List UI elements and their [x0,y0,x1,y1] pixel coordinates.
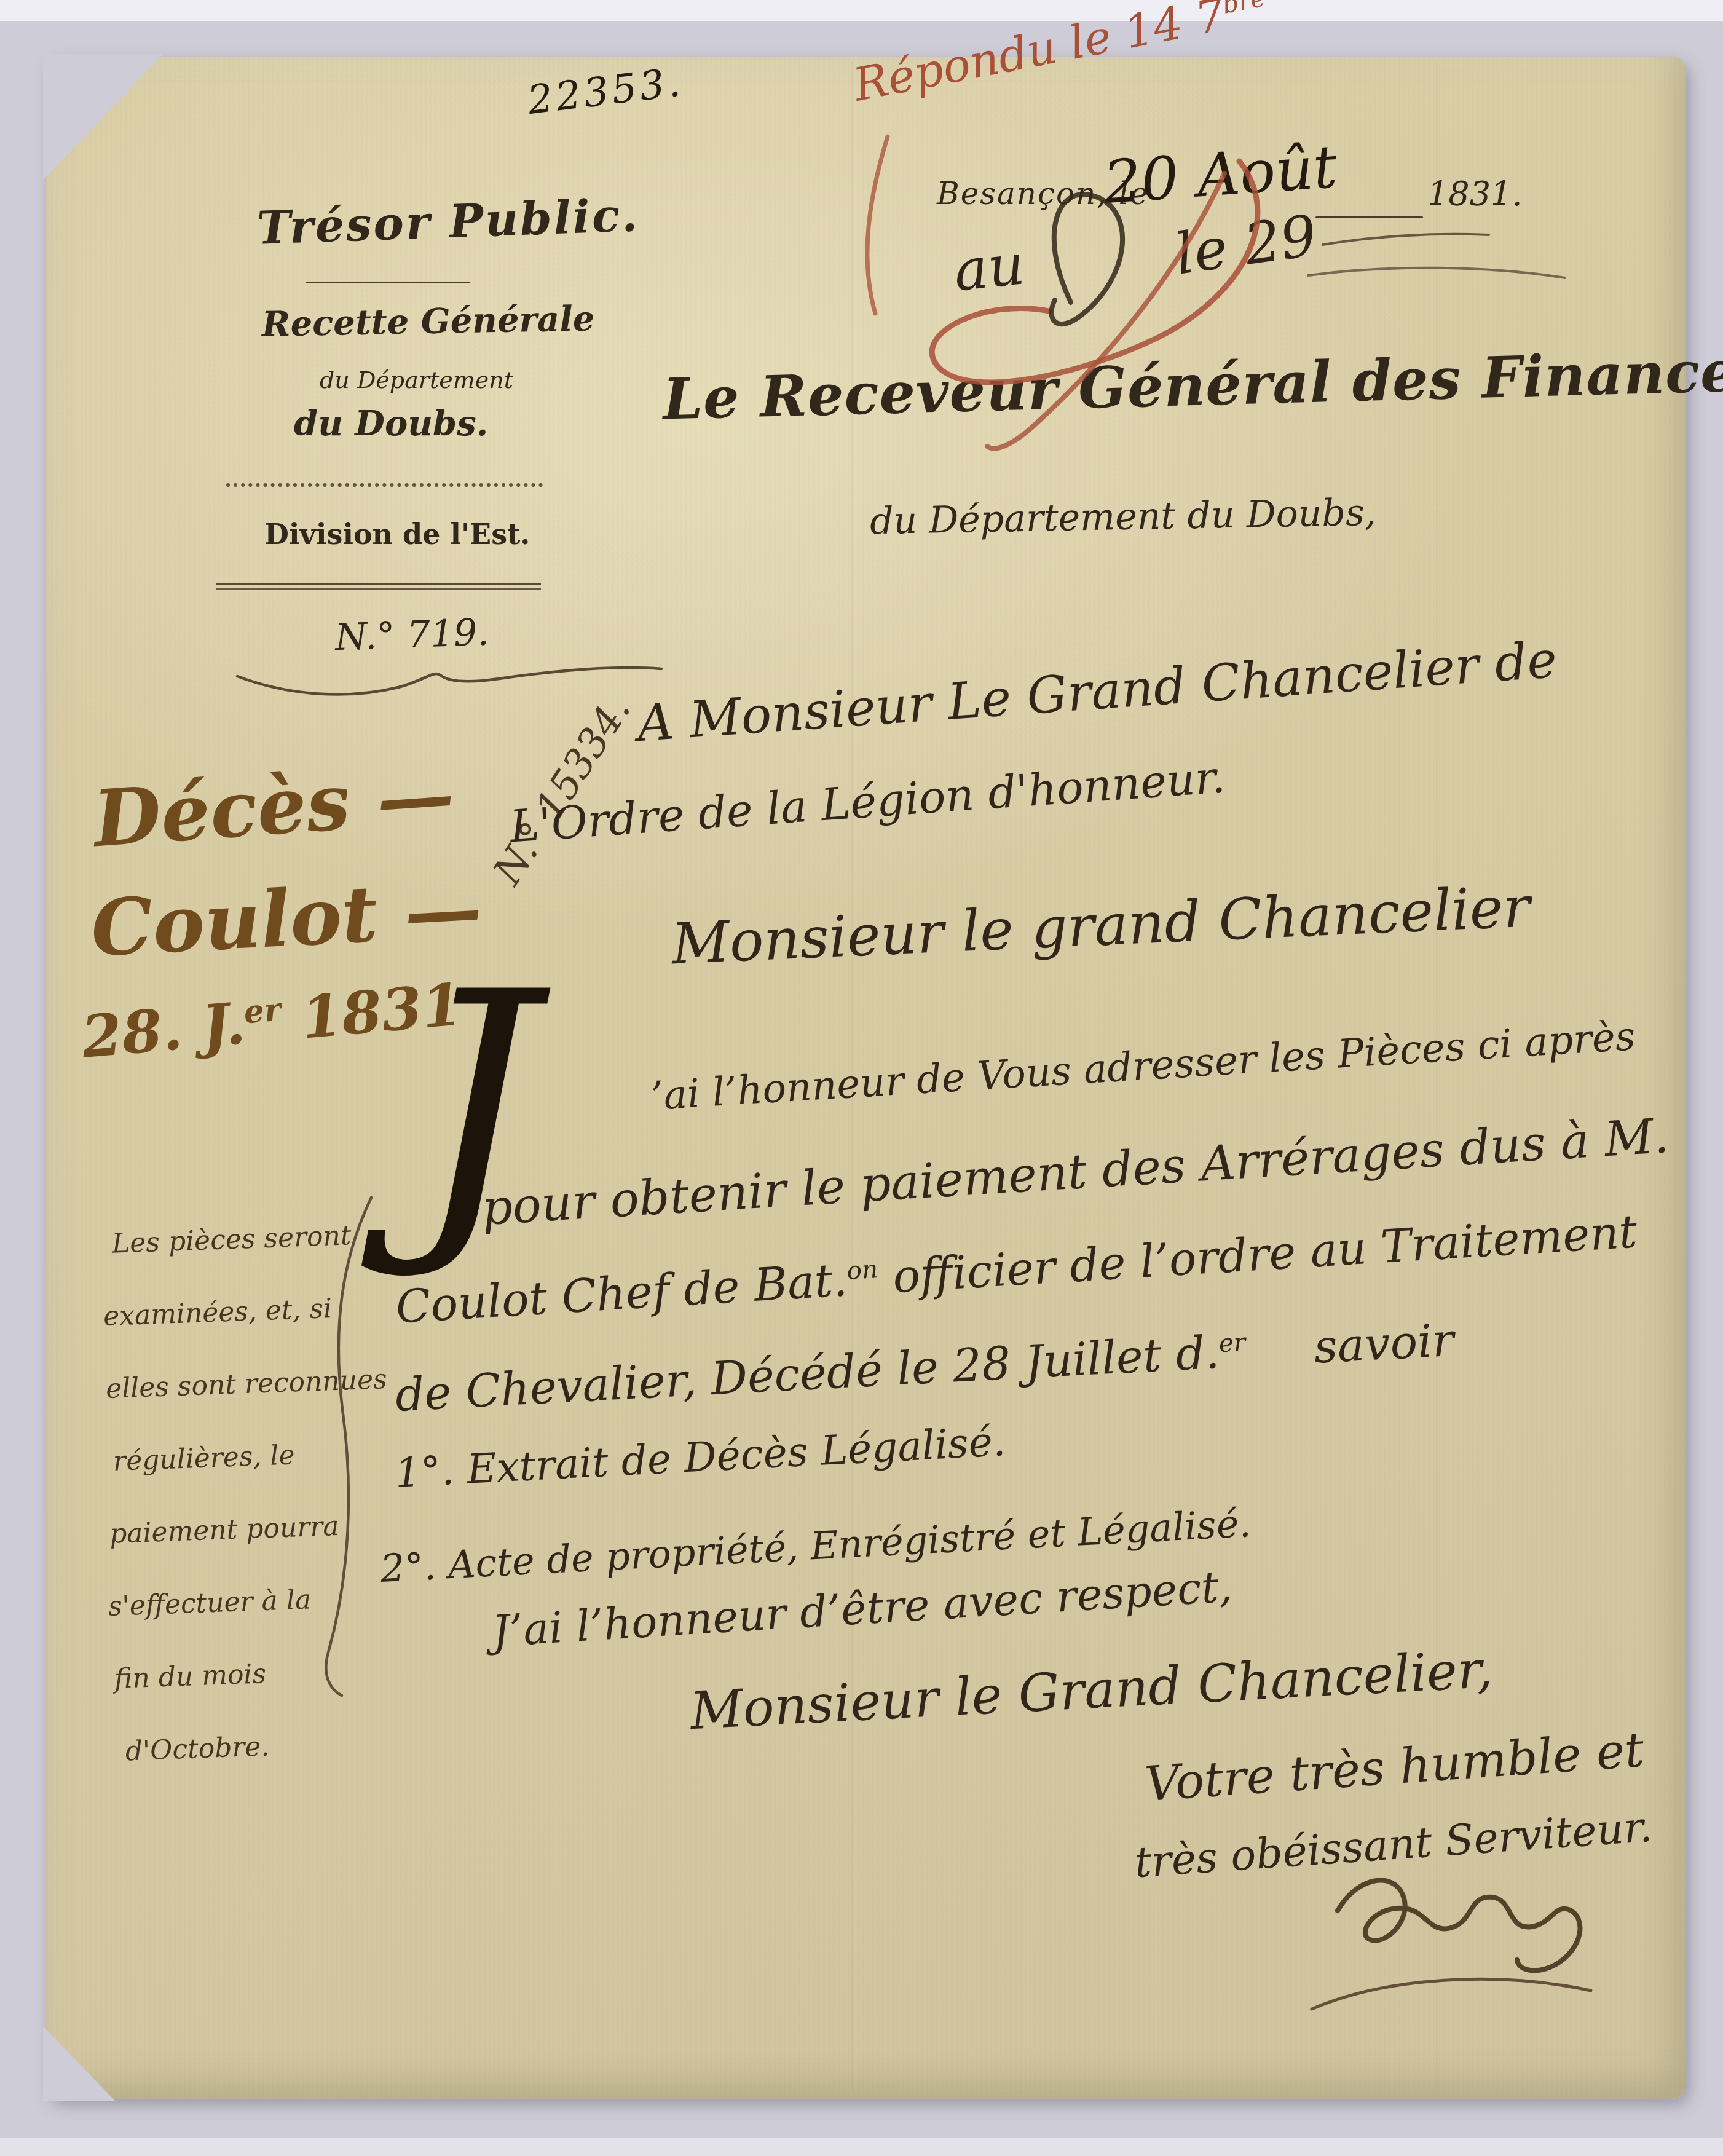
date-blank-rule [1315,216,1423,218]
letterhead-recette: Recette Générale [261,298,594,344]
letterhead-ornament-rule [306,282,470,283]
letterhead-double-rule [216,583,541,590]
year-printed: 1831. [1427,175,1523,213]
body-line3-superscript: on [846,1254,879,1285]
scan-background-bottom [0,2138,1723,2156]
margin-note-line: examinées, et, si [103,1282,388,1341]
margin-note-line: d'Octobre. [125,1718,388,1777]
letterhead-departement: du Département [320,366,513,393]
scan-background-top [0,0,1723,21]
margin-note-line: s'effectuer à la [108,1573,388,1632]
title-departement: du Département du Doubs, [869,491,1376,543]
body-line4-superscript: er [1218,1327,1246,1358]
docket-date-main: 28. J. [79,990,248,1072]
docket-date-superscript: er [242,990,282,1031]
margin-note-line: Les pièces seront [111,1210,388,1269]
margin-note-line: fin du mois [114,1645,388,1704]
body-line4-tail: savoir [1245,1314,1456,1378]
annotation-au: au [951,231,1028,304]
scanned-letter-page: 22353. Répondu le 14 7bre Besançon, le 2… [0,0,1723,2156]
letterhead-number: N.° 719. [334,611,490,660]
margin-note-line: régulières, le [112,1427,388,1487]
response-note-superscript: bre [1220,0,1268,20]
letterhead-dotted-rule [226,483,543,487]
margin-note-line: elles sont reconnues [105,1355,388,1414]
letterhead-division: Division de l'Est. [264,518,530,551]
letterhead-doubs: du Doubs. [294,403,488,444]
margin-note: Les pièces seront examinées, et, si elle… [112,1191,387,1795]
margin-note-line: paiement pourra [109,1500,388,1559]
